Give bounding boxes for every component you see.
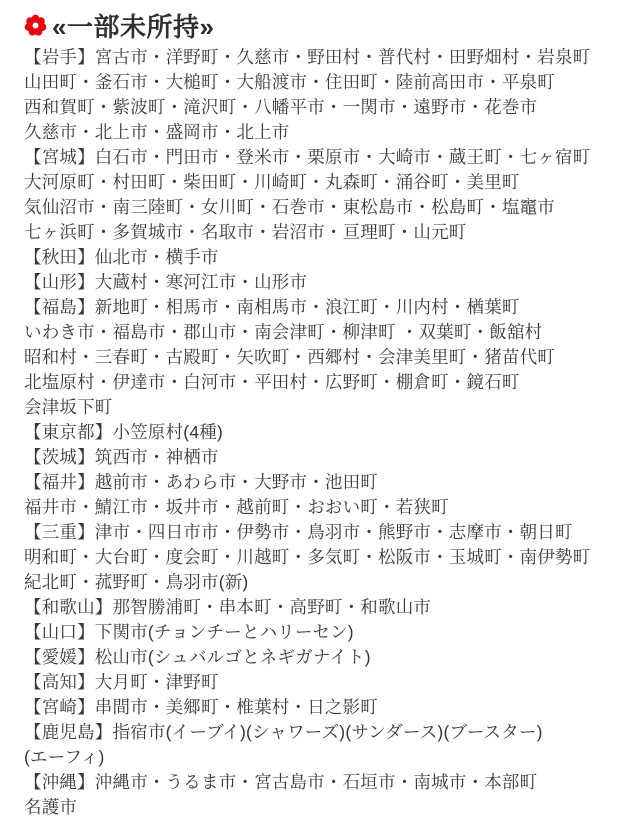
list-line: 久慈市・北上市・盛岡市・北上市	[24, 120, 630, 145]
list-line: 【三重】津市・四日市市・伊勢市・鳥羽市・熊野市・志摩市・朝日町	[24, 520, 630, 545]
list-line: 西和賀町・紫波町・滝沢町・八幡平市・一関市・遠野市・花巻市	[24, 95, 630, 120]
unowned-list: 【岩手】宮古市・洋野町・久慈市・野田村・普代村・田野畑村・岩泉町 山田町・釜石市…	[24, 45, 630, 820]
list-line: 山田町・釜石市・大槌町・大船渡市・住田町・陸前高田市・平泉町	[24, 70, 630, 95]
list-line: 【岩手】宮古市・洋野町・久慈市・野田村・普代村・田野畑村・岩泉町	[24, 45, 630, 70]
list-line: 【宮崎】串間市・美郷町・椎葉村・日之影町	[24, 695, 630, 720]
list-line: 【沖縄】沖縄市・うるま市・宮古島市・石垣市・南城市・本部町	[24, 770, 630, 795]
red-flower-icon	[24, 14, 47, 37]
list-line: 【東京都】小笠原村(4種)	[24, 420, 630, 445]
page: «一部未所持» 【岩手】宮古市・洋野町・久慈市・野田村・普代村・田野畑村・岩泉町…	[0, 0, 640, 831]
list-line: 【茨城】筑西市・神栖市	[24, 445, 630, 470]
list-line: 【山形】大蔵村・寒河江市・山形市	[24, 270, 630, 295]
list-line: 【宮城】白石市・門田市・登米市・栗原市・大崎市・蔵王町・七ヶ宿町	[24, 145, 630, 170]
list-line: 紀北町・菰野町・鳥羽市(新)	[24, 570, 630, 595]
list-line: いわき市・福島市・郡山市・南会津町・柳津町 ・双葉町・飯舘村	[24, 320, 630, 345]
page-header: «一部未所持»	[24, 6, 630, 44]
list-line: 福井市・鯖江市・坂井市・越前町・おおい町・若狭町	[24, 495, 630, 520]
list-line: (エーフィ)	[24, 745, 630, 770]
list-line: 会津坂下町	[24, 395, 630, 420]
list-line: 【高知】大月町・津野町	[24, 670, 630, 695]
list-line: 【山口】下関市(チョンチーとハリーセン)	[24, 620, 630, 645]
list-line: 名護市	[24, 795, 630, 820]
list-line: 七ヶ浜町・多賀城市・名取市・岩沼市・亘理町・山元町	[24, 220, 630, 245]
list-line: 昭和村・三春町・古殿町・矢吹町・西郷村・会津美里町・猪苗代町	[24, 345, 630, 370]
page-title: «一部未所持»	[52, 7, 214, 44]
list-line: 【和歌山】那智勝浦町・串本町・高野町・和歌山市	[24, 595, 630, 620]
list-line: 【秋田】仙北市・横手市	[24, 245, 630, 270]
list-line: 【愛媛】松山市(シュバルゴとネギガナイト)	[24, 645, 630, 670]
list-line: 【福井】越前市・あわら市・大野市・池田町	[24, 470, 630, 495]
list-line: 大河原町・村田町・柴田町・川崎町・丸森町・涌谷町・美里町	[24, 170, 630, 195]
list-line: 【福島】新地町・相馬市・南相馬市・浪江町・川内村・楢葉町	[24, 295, 630, 320]
list-line: 【鹿児島】指宿市(イーブイ)(シャワーズ)(サンダース)(ブースター)	[24, 720, 630, 745]
list-line: 気仙沼市・南三陸町・女川町・石巻市・東松島市・松島町・塩竈市	[24, 195, 630, 220]
list-line: 明和町・大台町・度会町・川越町・多気町・松阪市・玉城町・南伊勢町	[24, 545, 630, 570]
list-line: 北塩原村・伊達市・白河市・平田村・広野町・棚倉町・鏡石町	[24, 370, 630, 395]
